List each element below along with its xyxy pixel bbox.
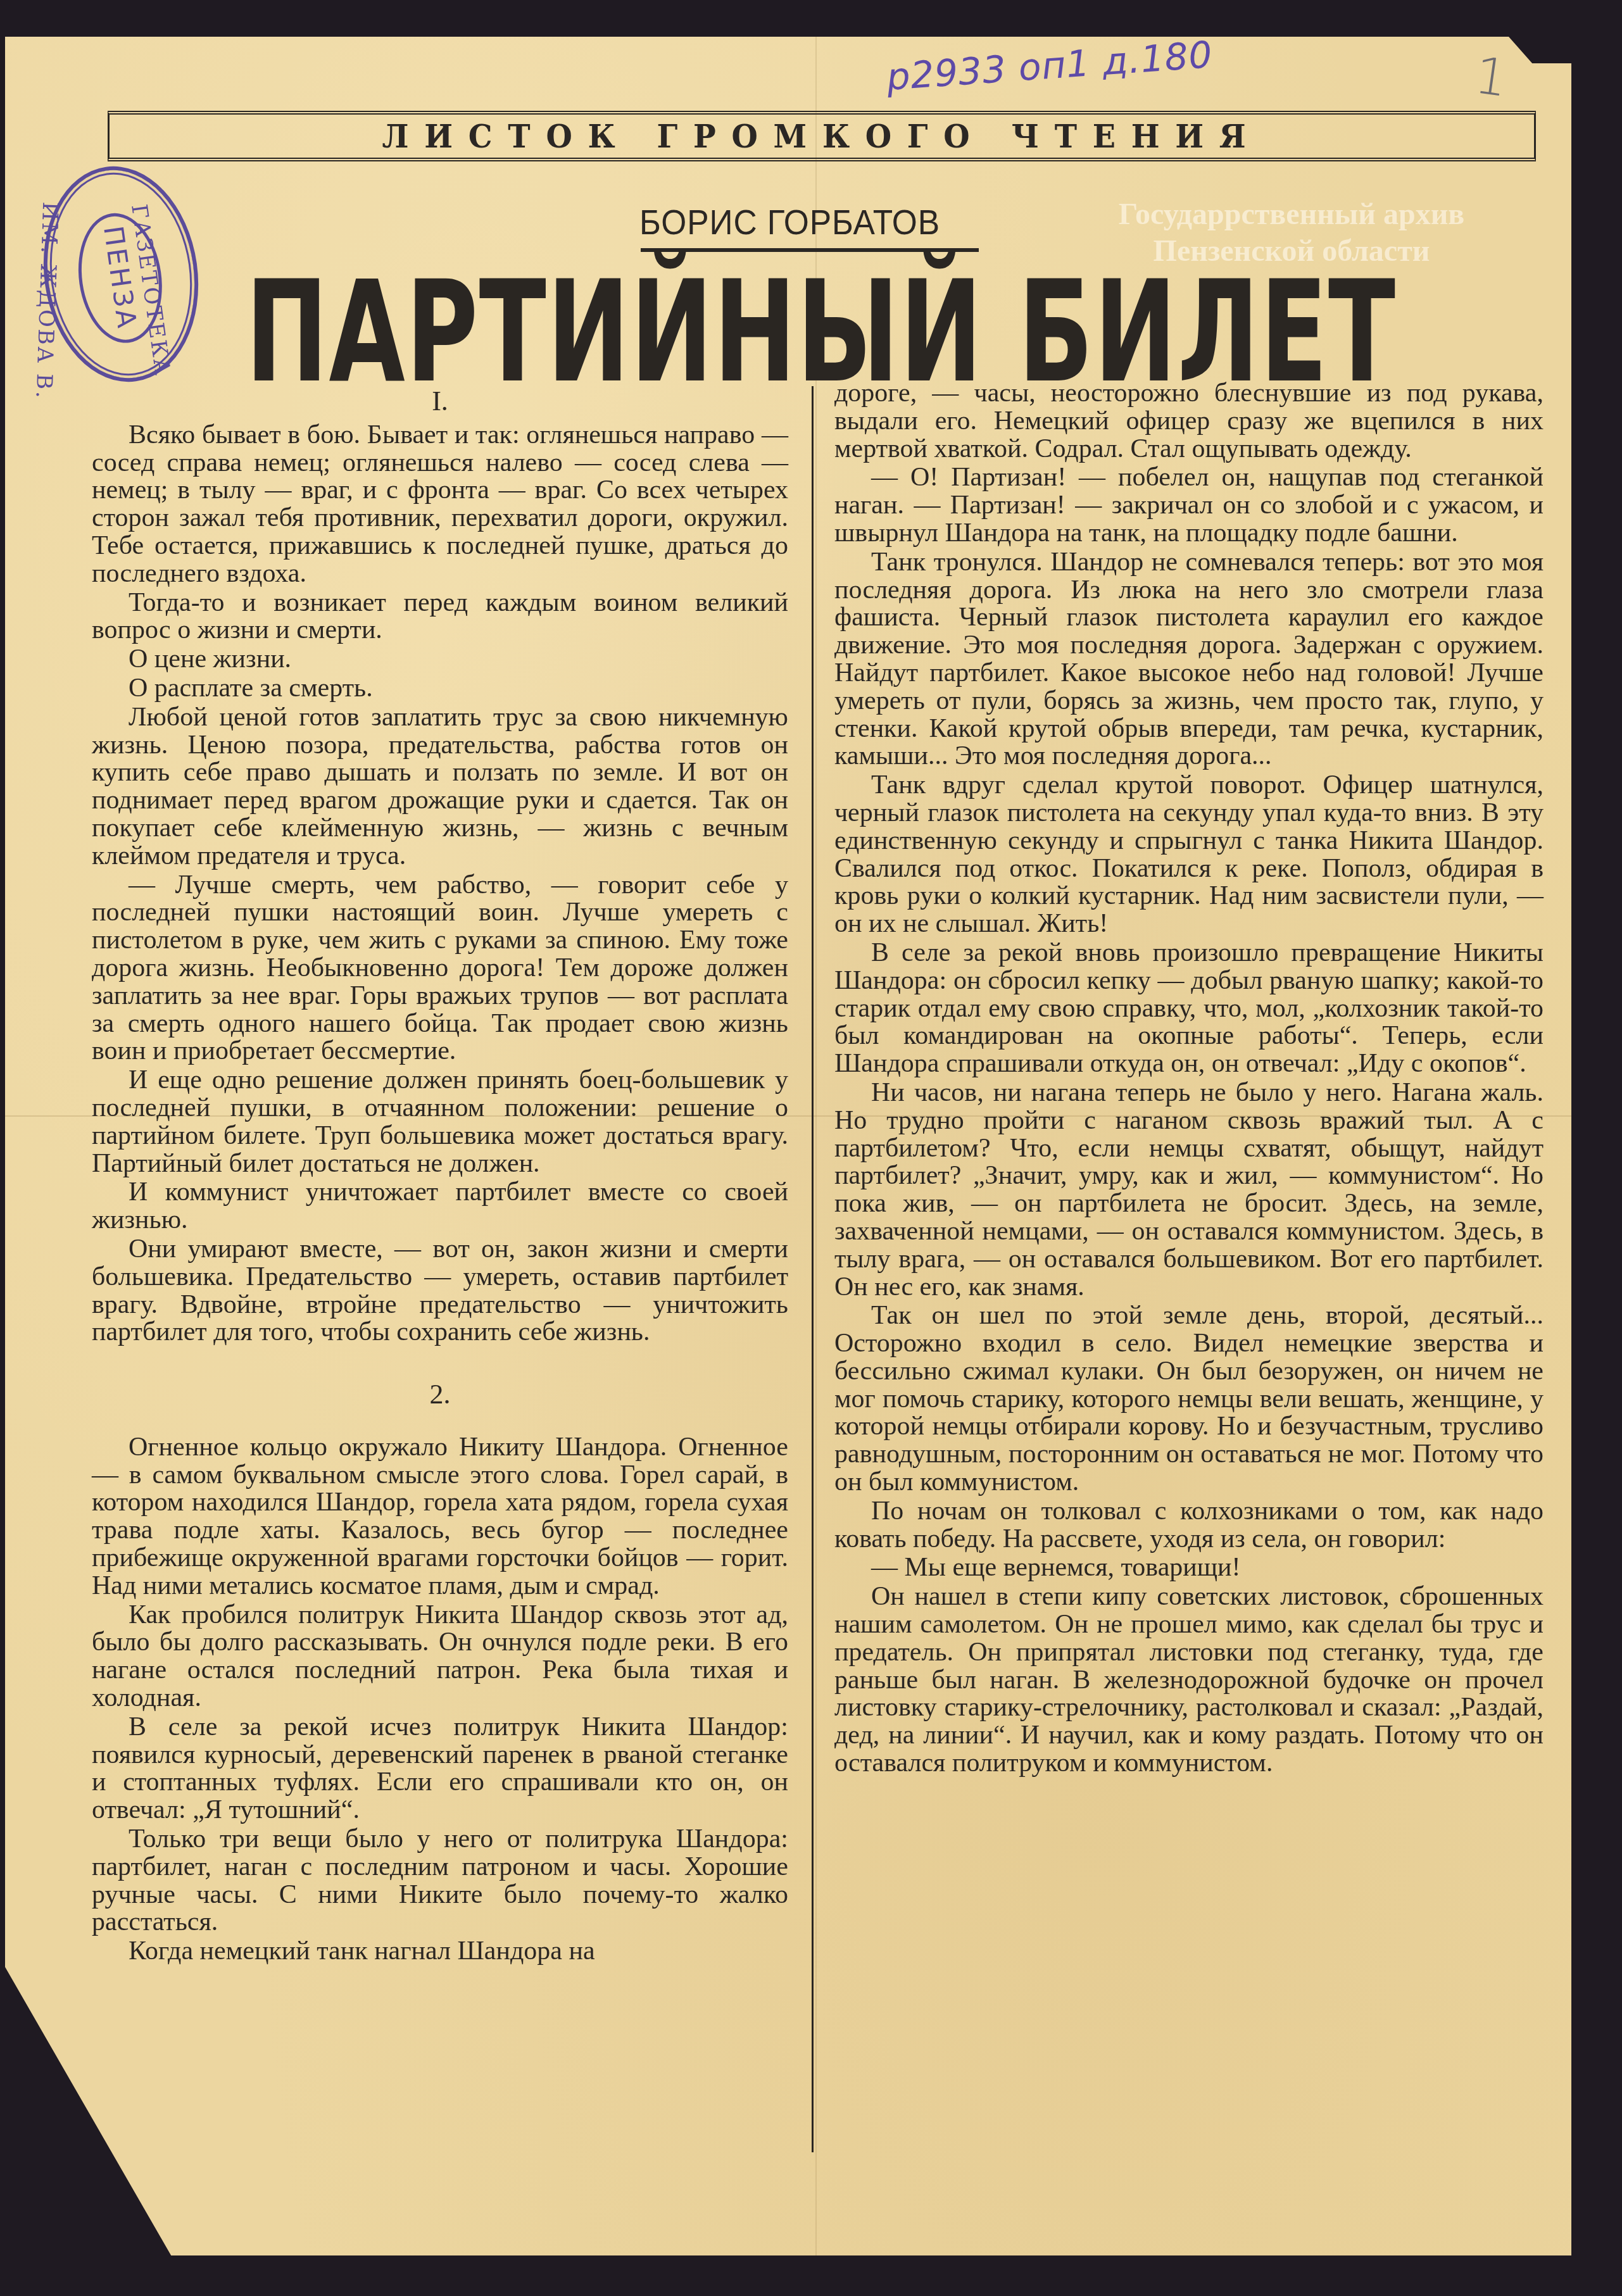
paragraph: О цене жизни. xyxy=(92,646,788,674)
right-column: дороге, — часы, неосторожно блеснувшие и… xyxy=(834,380,1543,1779)
masthead-box: ЛИСТОК ГРОМКОГО ЧТЕНИЯ xyxy=(108,111,1536,161)
stamp-city-text: ПЕНЗА xyxy=(97,224,143,332)
paragraph: Тогда-то и возникает перед каждым воином… xyxy=(92,589,788,645)
column-divider-rule xyxy=(812,386,814,2152)
paragraph: Ни часов, ни нагана теперь не было у нег… xyxy=(834,1079,1543,1301)
left-column: I. Всяко бывает в бою. Бывает и так: огл… xyxy=(92,380,788,1967)
paragraph: Они умирают вместе, — вот он, закон жизн… xyxy=(92,1236,788,1346)
paragraph: Он нашел в степи кипу советских листовок… xyxy=(834,1583,1543,1778)
paragraph: Как пробился политрук Никита Шандор скво… xyxy=(92,1602,788,1712)
paragraph: — О! Партизан! — побелел он, нащупав под… xyxy=(834,464,1543,547)
paragraph: Так он шел по этой земле день, второй, д… xyxy=(834,1302,1543,1496)
paragraph: Любой ценой готов заплатить трус за свою… xyxy=(92,704,788,870)
paragraph: Танк вдруг сделал крутой поворот. Офицер… xyxy=(834,772,1543,938)
paragraph: — Лучше смерть, чем рабство, — говорит с… xyxy=(92,872,788,1066)
paragraph: По ночам он толковал с колхозниками о то… xyxy=(834,1498,1543,1553)
paragraph: Огненное кольцо окружало Никиту Шандора.… xyxy=(92,1434,788,1600)
paragraph: В селе за рекой исчез политрук Никита Ша… xyxy=(92,1714,788,1824)
paragraph: И коммунист уничтожает партбилет вместе … xyxy=(92,1179,788,1234)
author-name: БОРИС ГОРБАТОВ xyxy=(639,201,940,242)
paragraph: Всяко бывает в бою. Бывает и так: огляне… xyxy=(92,422,788,588)
paragraph: Когда немецкий танк нагнал Шандора на xyxy=(92,1938,788,1966)
masthead-title: ЛИСТОК ГРОМКОГО ЧТЕНИЯ xyxy=(382,118,1262,155)
paragraph: Танк тронулся. Шандор не сомневался тепе… xyxy=(834,549,1543,770)
paragraph: И еще одно решение должен принять боец-б… xyxy=(92,1067,788,1177)
section-number-2: 2. xyxy=(92,1381,788,1408)
paragraph: В селе за рекой вновь произошло превраще… xyxy=(834,939,1543,1078)
paragraph: Только три вещи было у него от политрука… xyxy=(92,1826,788,1936)
paragraph: — Мы еще вернемся, товарищи! xyxy=(834,1554,1543,1582)
section-number-1: I. xyxy=(92,387,788,415)
paragraph: дороге, — часы, неосторожно блеснувшие и… xyxy=(834,380,1543,463)
paragraph: О расплате за смерть. xyxy=(92,675,788,703)
watermark-line-1: Государрственный архив xyxy=(1089,196,1494,233)
